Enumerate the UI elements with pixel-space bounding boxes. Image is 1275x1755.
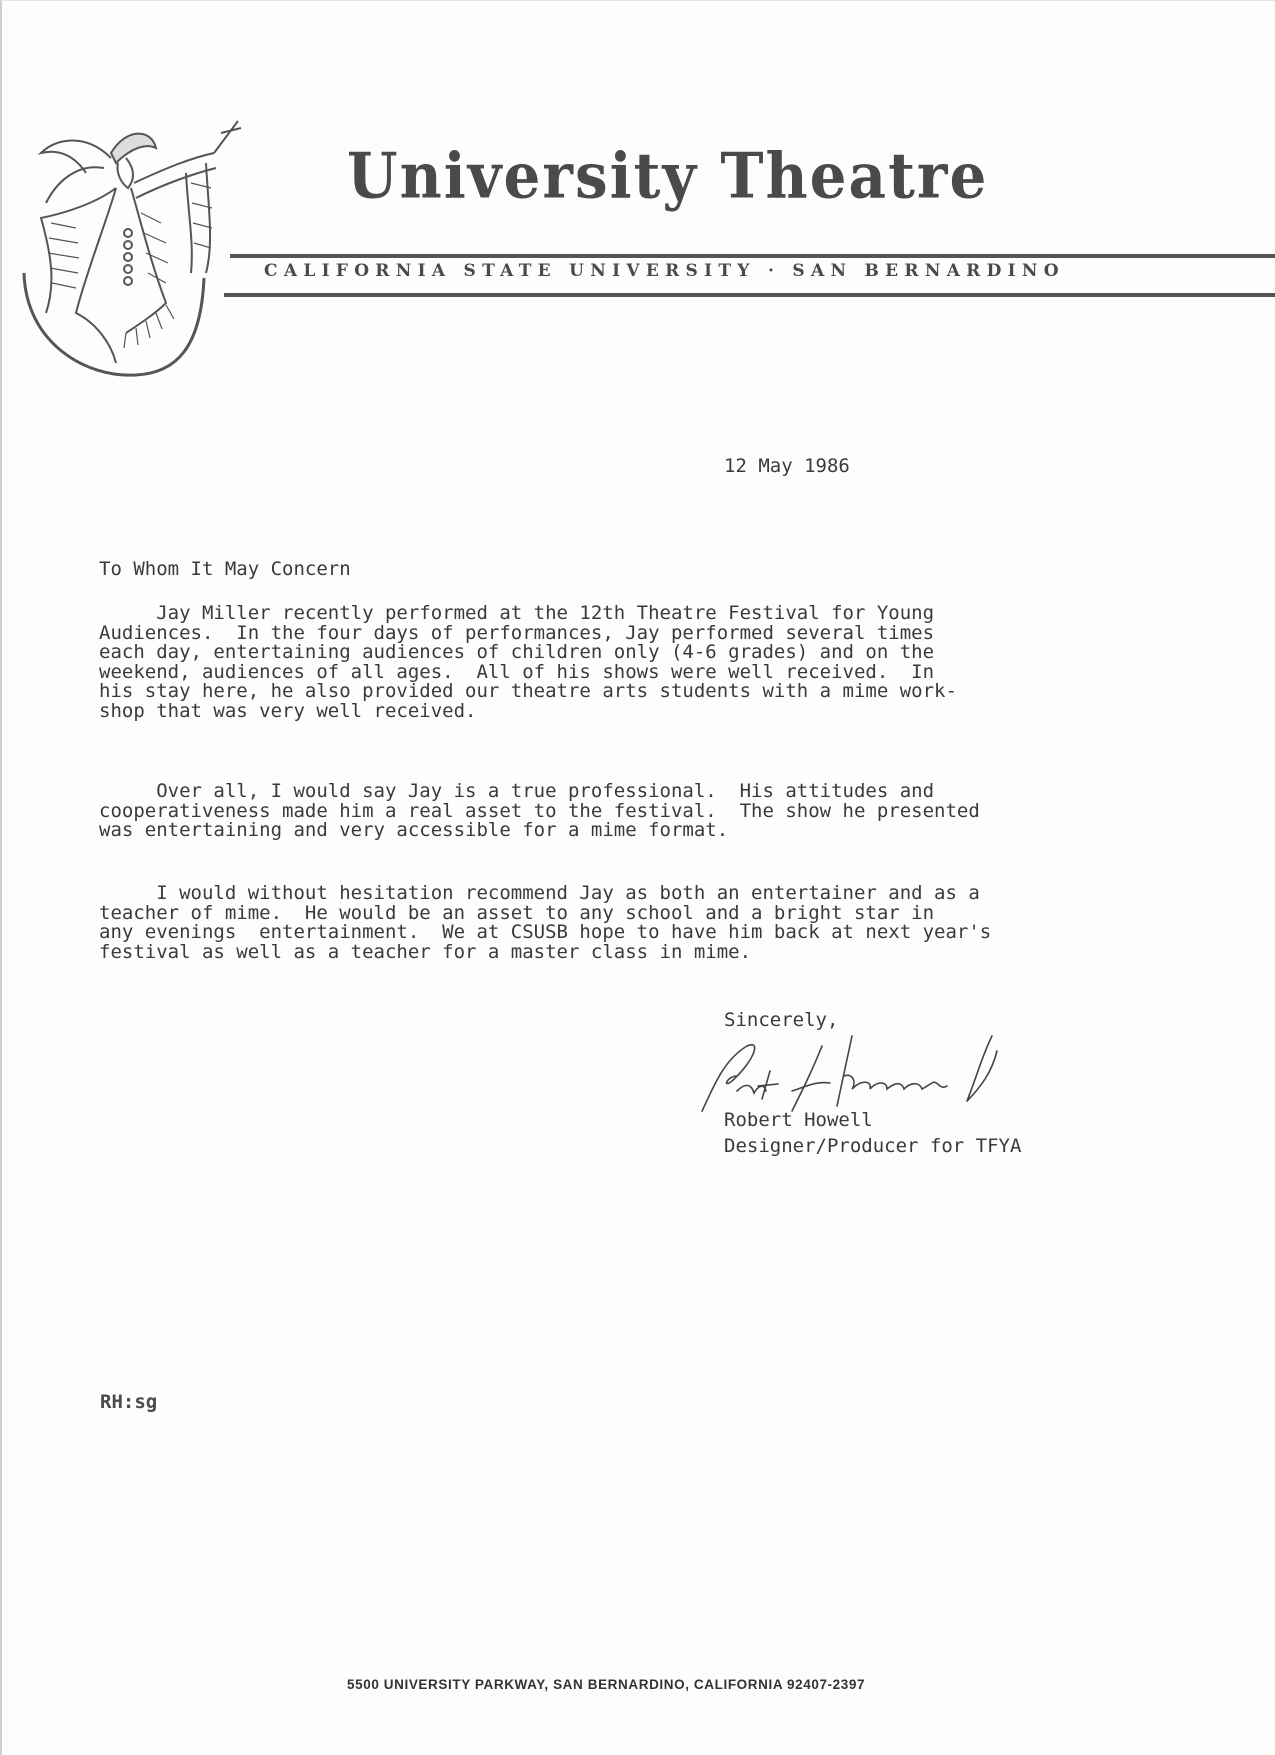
signer-title: Designer/Producer for TFYA — [724, 1135, 1021, 1157]
body-paragraph-1: Jay Miller recently performed at the 12t… — [99, 604, 1099, 722]
footer-address: 5500 UNIVERSITY PARKWAY, SAN BERNARDINO,… — [347, 1677, 865, 1692]
jester-logo-icon — [16, 113, 266, 383]
reference-initials: RH:sg — [100, 1391, 157, 1413]
body-paragraph-3: I would without hesitation recommend Jay… — [99, 884, 1099, 962]
letterhead-subtitle: CALIFORNIA STATE UNIVERSITY · SAN BERNAR… — [264, 261, 1065, 281]
letterhead-rule-top — [230, 254, 1275, 258]
closing: Sincerely, — [724, 1009, 838, 1031]
signature-icon — [692, 1031, 1012, 1116]
letterhead-rule-bottom — [224, 293, 1275, 297]
signer-name: Robert Howell — [724, 1109, 873, 1131]
letterhead-title: University Theatre — [347, 139, 988, 212]
body-paragraph-2: Over all, I would say Jay is a true prof… — [99, 782, 1099, 841]
letter-date: 12 May 1986 — [724, 455, 850, 477]
letter-page: University Theatre CALIFORNIA STATE UNIV… — [0, 0, 1275, 1755]
salutation: To Whom It May Concern — [99, 558, 351, 580]
